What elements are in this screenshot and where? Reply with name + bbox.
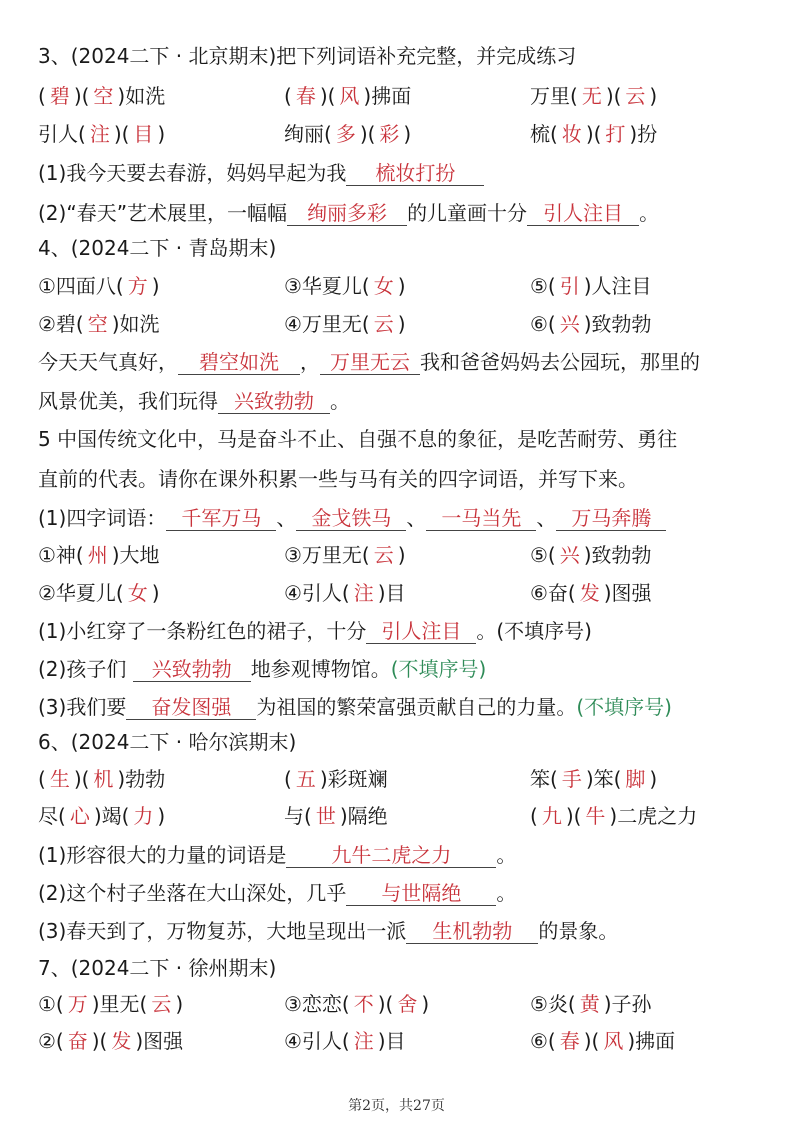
answer: 州: [84, 541, 112, 569]
answer-blank: 奋发图强: [126, 695, 256, 720]
page-number: 第2页，共27页: [0, 1095, 793, 1115]
answer: 舍: [393, 990, 421, 1018]
answer: 注: [350, 579, 378, 607]
answer: 打: [601, 120, 629, 148]
answer: 女: [124, 579, 152, 607]
answer-blank: 绚丽多彩: [287, 201, 407, 226]
note: (不填序号): [391, 657, 487, 681]
answer: 发: [576, 579, 604, 607]
q3-item: (春)(风)拂面: [284, 82, 411, 110]
answer: 女: [370, 272, 398, 300]
q3-item: (碧)(空)如洗: [38, 82, 165, 110]
answer: 发: [107, 1027, 135, 1055]
q4-paragraph-1: 今天天气真好，碧空如洗，万里无云我和爸爸妈妈去公园玩，那里的: [38, 348, 773, 376]
answer: 机: [89, 765, 117, 793]
answer: 力: [129, 802, 157, 830]
q5-prompt-line-2: 直前的代表。请你在课外积累一些与马有关的四字词语，并写下来。: [38, 465, 773, 493]
q5-sentence-2: (2)孩子们 兴致勃勃地参观博物馆。(不填序号): [38, 655, 773, 683]
q4-paragraph-2: 风景优美，我们玩得兴致勃勃。: [38, 387, 773, 415]
answer: 心: [66, 802, 94, 830]
answer: 兴: [556, 310, 584, 338]
q3-item: 绚丽(多)(彩): [284, 120, 411, 148]
answer: 多: [332, 120, 360, 148]
answer: 彩: [375, 120, 403, 148]
answer-blank: 万里无云: [320, 350, 420, 375]
answer-blank: 梳妆打扮: [346, 161, 484, 186]
answer: 牛: [581, 802, 609, 830]
q3-sentence-2: (2)“春天”艺术展里，一幅幅绚丽多彩的儿童画十分引人注目。: [38, 199, 773, 227]
answer-blank: 千军万马: [166, 506, 276, 531]
answer-blank: 碧空如洗: [178, 350, 300, 375]
q6-title: 6、(2024二下 · 哈尔滨期末): [38, 728, 773, 756]
answer: 脚: [621, 765, 649, 793]
answer: 注: [86, 120, 114, 148]
q3-item: 万里(无)(云): [530, 82, 657, 110]
q5-sentence-1: (1)小红穿了一条粉红色的裙子，十分引人注目。(不填序号): [38, 617, 773, 645]
q3-item: 引人(注)(目): [38, 120, 165, 148]
q6-sentence-2: (2)这个村子坐落在大山深处，几乎与世隔绝。: [38, 879, 773, 907]
answer: 春: [292, 82, 320, 110]
answer: 空: [84, 310, 112, 338]
q3-sentence-1: (1)我今天要去春游，妈妈早起为我梳妆打扮: [38, 159, 773, 187]
answer: 黄: [576, 990, 604, 1018]
answer-blank: 万马奔腾: [556, 506, 666, 531]
answer: 风: [599, 1027, 627, 1055]
answer-blank: 引人注目: [527, 201, 639, 226]
answer: 兴: [556, 541, 584, 569]
answer: 注: [350, 1027, 378, 1055]
answer: 世: [312, 802, 340, 830]
answer: 云: [147, 990, 175, 1018]
q6-sentence-1: (1)形容很大的力量的词语是九牛二虎之力。: [38, 841, 773, 869]
answer: 手: [558, 765, 586, 793]
answer: 引: [556, 272, 584, 300]
answer-blank: 九牛二虎之力: [286, 843, 496, 868]
answer: 无: [578, 82, 606, 110]
answer-blank: 兴致勃勃: [133, 657, 251, 682]
answer: 云: [621, 82, 649, 110]
answer: 风: [335, 82, 363, 110]
q5-words: (1)四字词语：千军万马、金戈铁马、一马当先、万马奔腾: [38, 504, 773, 532]
answer: 万: [64, 990, 92, 1018]
answer: 目: [129, 120, 157, 148]
answer: 空: [89, 82, 117, 110]
answer: 云: [370, 310, 398, 338]
q7-title: 7、(2024二下 · 徐州期末): [38, 954, 773, 982]
answer: 生: [46, 765, 74, 793]
answer: 不: [350, 990, 378, 1018]
answer-blank: 生机勃勃: [406, 919, 538, 944]
answer: 奋: [64, 1027, 92, 1055]
answer-blank: 与世隔绝: [346, 881, 496, 906]
answer: 九: [538, 802, 566, 830]
q5-sentence-3: (3)我们要奋发图强为祖国的繁荣富强贡献自己的力量。(不填序号): [38, 693, 773, 721]
answer: 春: [556, 1027, 584, 1055]
q4-title: 4、(2024二下 · 青岛期末): [38, 234, 773, 262]
answer-blank: 引人注目: [366, 619, 476, 644]
answer-blank: 一马当先: [426, 506, 536, 531]
q3-item: 梳(妆)(打)扮: [530, 120, 657, 148]
answer-blank: 兴致勃勃: [218, 389, 330, 414]
answer: 云: [370, 541, 398, 569]
answer: 五: [292, 765, 320, 793]
q6-sentence-3: (3)春天到了，万物复苏，大地呈现出一派生机勃勃的景象。: [38, 917, 773, 945]
q3-title: 3、(2024二下 · 北京期末)把下列词语补充完整，并完成练习: [38, 42, 773, 70]
answer: 碧: [46, 82, 74, 110]
worksheet-page: 3、(2024二下 · 北京期末)把下列词语补充完整，并完成练习 (碧)(空)如…: [0, 0, 793, 1122]
answer: 方: [124, 272, 152, 300]
answer: 妆: [558, 120, 586, 148]
note: (不填序号): [576, 695, 672, 719]
q5-prompt-line-1: 5 中国传统文化中，马是奋斗不止、自强不息的象征，是吃苦耐劳、勇往: [38, 425, 773, 453]
answer-blank: 金戈铁马: [296, 506, 406, 531]
